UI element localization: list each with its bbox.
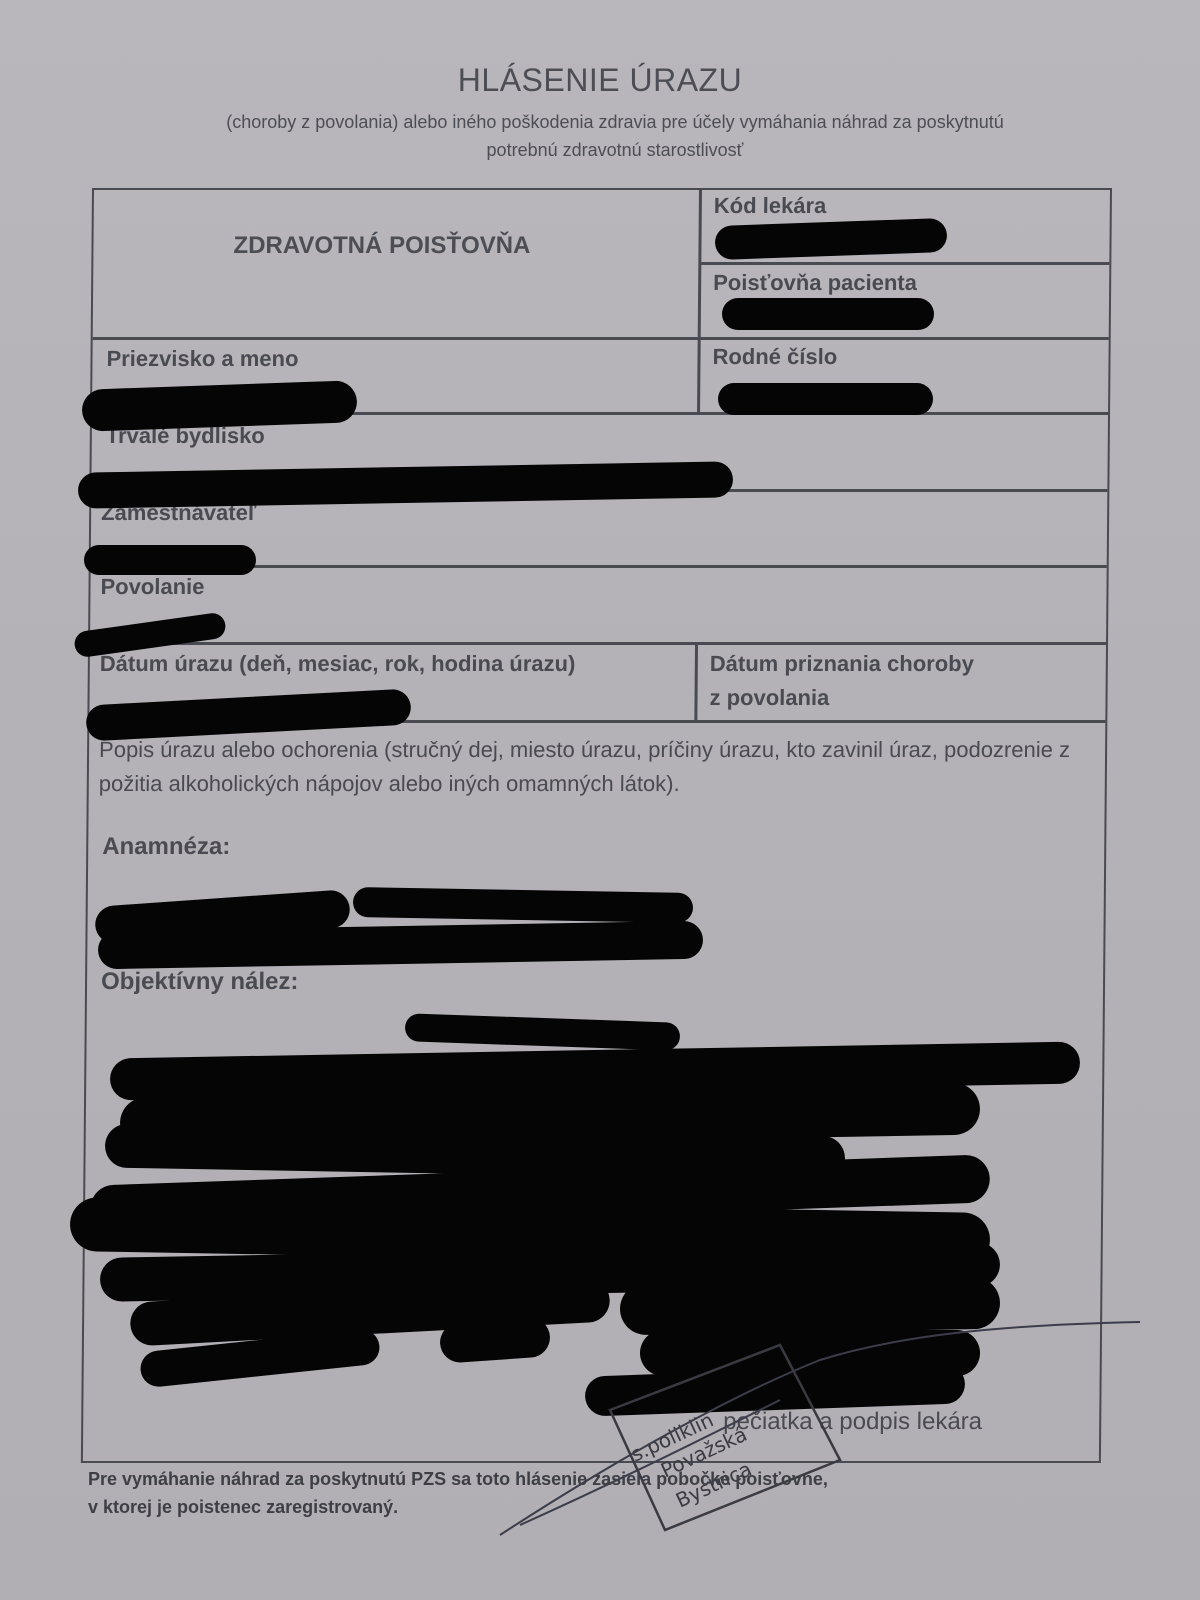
redaction-birth-number	[718, 383, 933, 415]
subtitle-line-2: potrebnú zdravotnú starostlivosť	[150, 136, 1080, 164]
patient-insurer-label: Poisťovňa pacienta	[713, 270, 917, 296]
subtitle-line-1: (choroby z povolania) alebo iného poškod…	[150, 108, 1080, 136]
signature-label: pečiatka a podpis lekára	[723, 1408, 982, 1436]
doctor-code-label: Kód lekára	[714, 193, 827, 219]
redaction-employer	[84, 545, 256, 575]
footer-line-1: Pre vymáhanie náhrad za poskytnutú PZS s…	[88, 1465, 828, 1493]
disease-date-label-line2: z povolania	[709, 685, 829, 711]
insurer-heading: ZDRAVOTNÁ POISŤOVŇA	[233, 232, 530, 260]
injury-date-label: Dátum úrazu (deň, mesiac, rok, hodina úr…	[100, 651, 576, 677]
document-subtitle: (choroby z povolania) alebo iného poškod…	[150, 108, 1080, 164]
redaction-patient-insurer	[722, 298, 934, 330]
name-label: Priezvisko a meno	[106, 346, 298, 372]
footer-line-2: v ktorej je poistenec zaregistrovaný.	[88, 1493, 828, 1521]
redaction-findings	[439, 1316, 552, 1364]
occupation-label: Povolanie	[100, 574, 204, 600]
row-occupation: Povolanie	[90, 568, 1107, 645]
redaction-anamnesis	[353, 887, 693, 923]
description-label: Popis úrazu alebo ochorenia (stručný dej…	[99, 733, 1080, 801]
footer-note: Pre vymáhanie náhrad za poskytnutú PZS s…	[88, 1465, 828, 1521]
anamnesis-heading: Anamnéza:	[102, 833, 230, 861]
redaction-findings	[620, 1277, 1001, 1336]
document-title: HLÁSENIE ÚRAZU	[0, 62, 1200, 99]
birth-number-label: Rodné číslo	[712, 344, 837, 370]
disease-date-label-line1: Dátum priznania choroby	[710, 651, 974, 677]
findings-heading: Objektívny nález:	[101, 968, 299, 996]
